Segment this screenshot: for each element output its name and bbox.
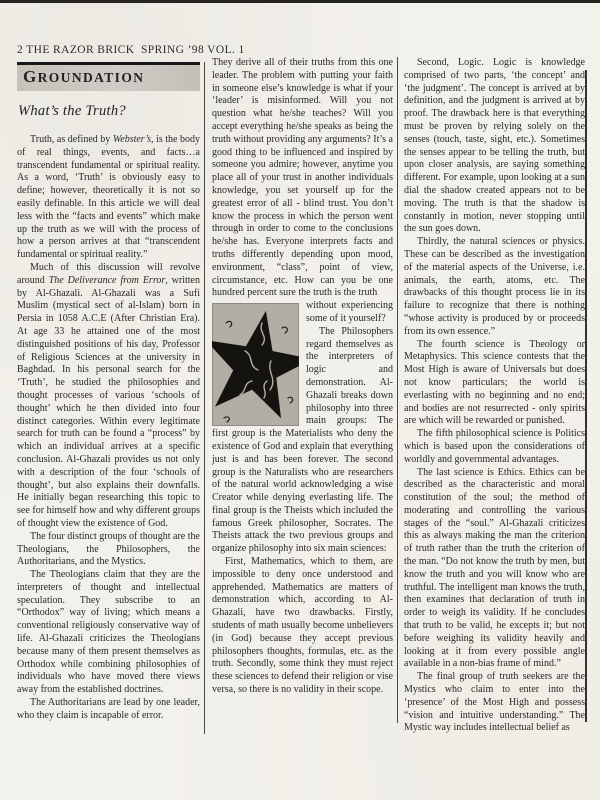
calligraphy-star-image bbox=[212, 303, 299, 426]
paragraph: Truth, as defined by Webster’s, is the b… bbox=[17, 134, 200, 262]
page-edge-rule bbox=[585, 70, 587, 722]
paragraph: The fourth science is Theology or Metaph… bbox=[404, 339, 585, 429]
page-header: 2 THE RAZOR BRICK SPRING ’98 VOL. 1 bbox=[17, 44, 245, 56]
star-calligraphy-icon bbox=[212, 303, 299, 426]
column-3: Second, Logic. Logic is knowledge compri… bbox=[404, 57, 585, 735]
wrap-block: without experiencing some of it yourself… bbox=[212, 300, 393, 697]
paragraph-text: , written by Al-Ghazali. Al-Ghazali was … bbox=[17, 275, 200, 529]
paragraph: Thirdly, the natural sciences or physics… bbox=[404, 236, 585, 338]
column-divider bbox=[204, 62, 205, 734]
paragraph: The four distinct groups of thought are … bbox=[17, 531, 200, 569]
paragraph-text: , is the body of real things, events, an… bbox=[17, 134, 200, 260]
column-divider bbox=[397, 57, 398, 723]
paragraph: They derive all of their truths from thi… bbox=[212, 57, 393, 300]
paragraph: Second, Logic. Logic is knowledge compri… bbox=[404, 57, 585, 236]
paragraph: The Authoritarians are lead by one leade… bbox=[17, 697, 200, 723]
magazine-page: 2 THE RAZOR BRICK SPRING ’98 VOL. 1 GROU… bbox=[0, 0, 600, 800]
italic-book-title: The Deliverance from Error bbox=[49, 275, 166, 286]
paragraph: The final group of truth seekers are the… bbox=[404, 671, 585, 735]
paragraph: First, Mathematics, which to them, are i… bbox=[212, 556, 393, 697]
paragraph-text: Truth, as defined by bbox=[30, 134, 113, 145]
paragraph: The last science is Ethics. Ethics can b… bbox=[404, 467, 585, 672]
page-top-rule bbox=[0, 0, 600, 3]
column-1: GROUNDATION What’s the Truth? Truth, as … bbox=[17, 62, 200, 723]
paragraph: Much of this discussion will revolve aro… bbox=[17, 262, 200, 531]
paragraph: The Theologians claim that they are the … bbox=[17, 569, 200, 697]
article-title: What’s the Truth? bbox=[18, 103, 200, 120]
section-title: GROUNDATION bbox=[17, 62, 200, 91]
paragraph: The fifth philosophical science is Polit… bbox=[404, 428, 585, 466]
column-2: They derive all of their truths from thi… bbox=[212, 57, 393, 697]
italic-book-title: Webster’s bbox=[113, 134, 151, 145]
